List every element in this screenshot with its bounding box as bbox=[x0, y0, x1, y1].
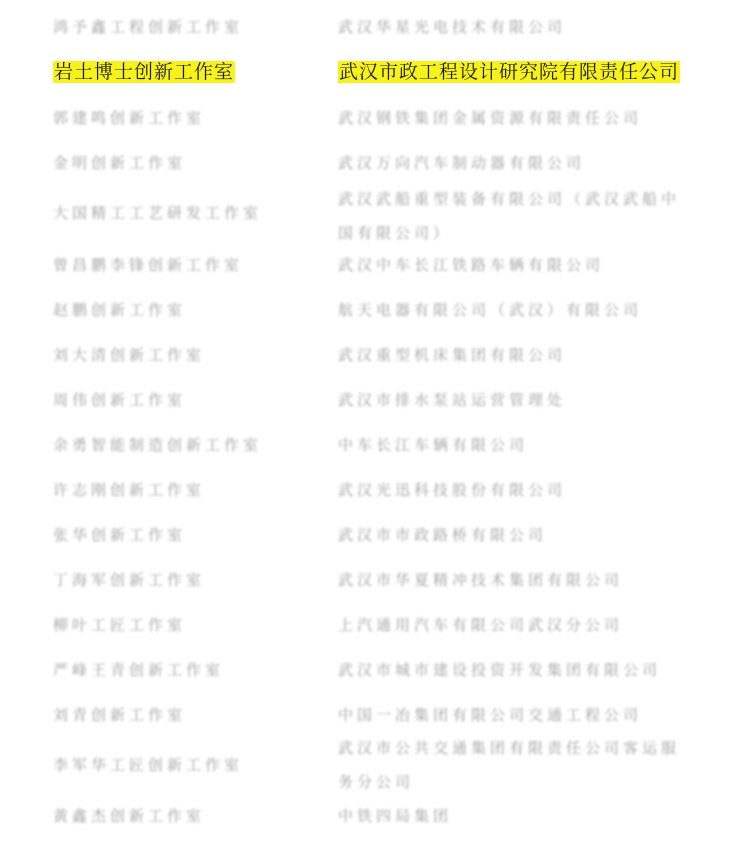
company-name: 武汉市公共交通集团有限责任公司客运服务分公司 bbox=[338, 731, 698, 799]
company-name: 武汉光迅科技股份有限公司 bbox=[338, 473, 698, 507]
company-name: 武汉市市政路桥有限公司 bbox=[338, 518, 698, 552]
studio-name: 曾昌鹏李锋创新工作室 bbox=[53, 248, 243, 282]
studio-name: 郭建鸣创新工作室 bbox=[53, 101, 205, 135]
highlight: 武汉市政工程设计研究院有限责任公司 bbox=[338, 61, 680, 83]
company-name: 武汉市城市建设投资开发集团有限公司 bbox=[338, 653, 698, 687]
studio-name: 岩土博士创新工作室 bbox=[53, 55, 235, 89]
company-name: 武汉市排水泵站运营管理处 bbox=[338, 383, 698, 417]
studio-name: 金明创新工作室 bbox=[53, 146, 186, 180]
company-name: 中铁四局集团 bbox=[338, 799, 698, 833]
studio-name: 张华创新工作室 bbox=[53, 518, 186, 552]
company-name: 中车长江车辆有限公司 bbox=[338, 428, 698, 462]
studio-name: 大国精工工艺研发工作室 bbox=[53, 196, 262, 230]
studio-name: 许志刚创新工作室 bbox=[53, 473, 205, 507]
studio-name: 丁海军创新工作室 bbox=[53, 563, 205, 597]
studio-name: 严峰王青创新工作室 bbox=[53, 653, 224, 687]
studio-name: 刘青创新工作室 bbox=[53, 698, 186, 732]
studio-name: 赵鹏创新工作室 bbox=[53, 293, 186, 327]
company-name: 武汉钢铁集团金属资源有限责任公司 bbox=[338, 101, 698, 135]
company-name: 武汉华星光电技术有限公司 bbox=[338, 10, 698, 44]
company-name: 武汉重型机床集团有限公司 bbox=[338, 338, 698, 372]
company-name: 武汉市华夏精冲技术集团有限公司 bbox=[338, 563, 698, 597]
studio-name: 李军华工匠创新工作室 bbox=[53, 748, 243, 782]
company-name: 中国一冶集团有限公司交通工程公司 bbox=[338, 698, 698, 732]
company-name: 上汽通用汽车有限公司武汉分公司 bbox=[338, 608, 698, 642]
studio-name: 余勇智能制造创新工作室 bbox=[53, 428, 262, 462]
studio-name: 黄鑫杰创新工作室 bbox=[53, 799, 205, 833]
studio-name: 柳叶工匠工作室 bbox=[53, 608, 186, 642]
highlight: 岩土博士创新工作室 bbox=[53, 61, 235, 83]
studio-name: 鸿予鑫工程创新工作室 bbox=[53, 10, 243, 44]
studio-name: 周伟创新工作室 bbox=[53, 383, 186, 417]
company-name: 武汉市政工程设计研究院有限责任公司 bbox=[338, 55, 698, 89]
company-name: 武汉万向汽车制动器有限公司 bbox=[338, 146, 698, 180]
company-name: 武汉中车长江铁路车辆有限公司 bbox=[338, 248, 698, 282]
studio-name: 刘大清创新工作室 bbox=[53, 338, 205, 372]
company-name: 航天电器有限公司（武汉）有限公司 bbox=[338, 293, 698, 327]
company-name: 武汉武船重型装备有限公司（武汉武船中国有限公司） bbox=[338, 182, 698, 250]
